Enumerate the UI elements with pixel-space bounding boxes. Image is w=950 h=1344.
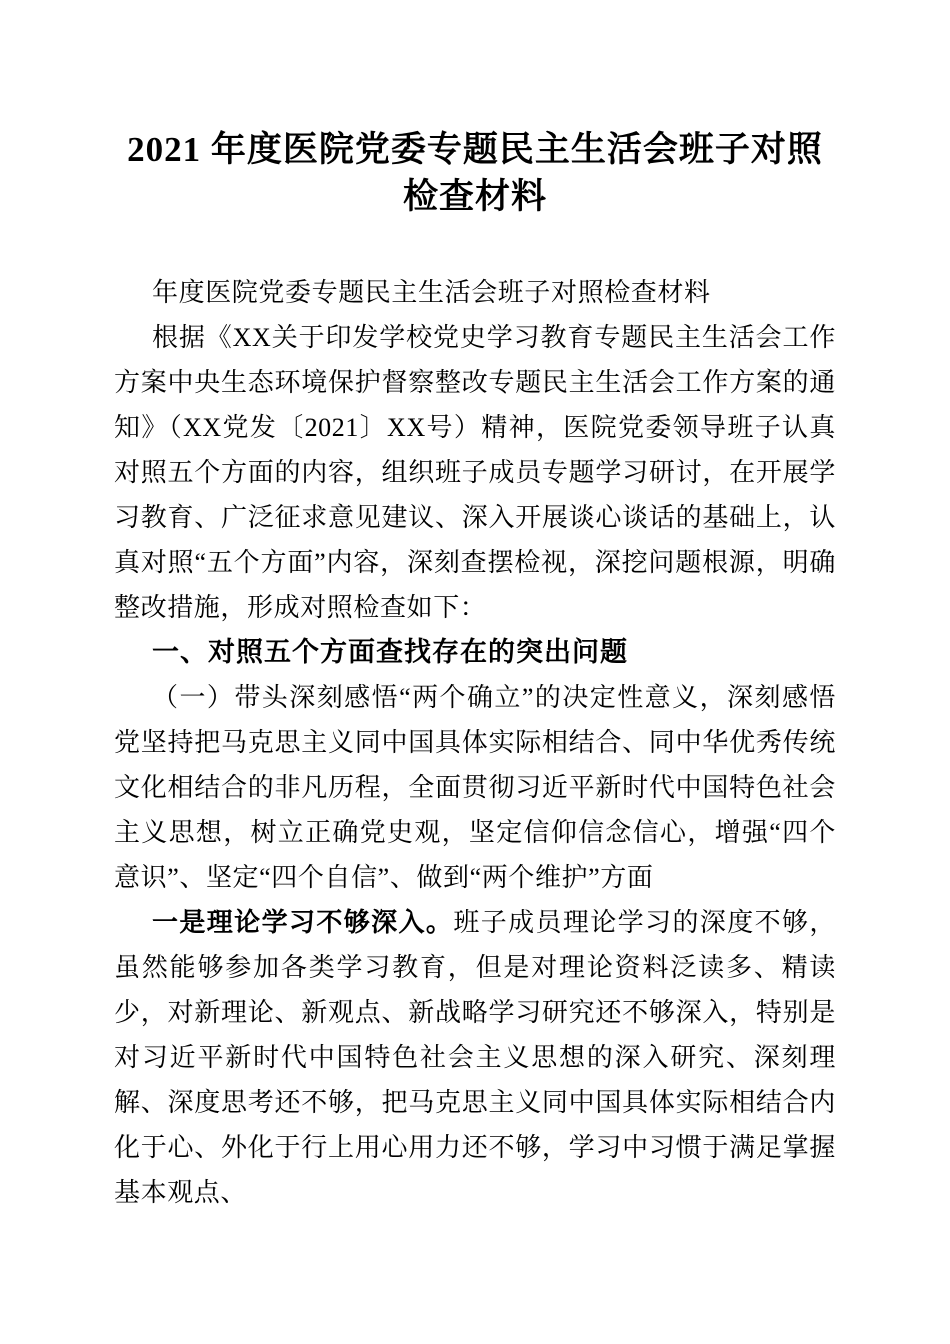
- point-one-body: 班子成员理论学习的深度不够，虽然能够参加各类学习教育，但是对理论资料泛读多、精读…: [114, 908, 836, 1207]
- document-page: 2021 年度医院党委专题民主生活会班子对照 检查材料 年度医院党委专题民主生活…: [114, 0, 836, 1215]
- section-one-heading: 一、对照五个方面查找存在的突出问题: [114, 630, 836, 675]
- subtitle-paragraph: 年度医院党委专题民主生活会班子对照检查材料: [114, 270, 836, 315]
- subsection-one-paragraph: （一）带头深刻感悟“两个确立”的决定性意义，深刻感悟党坚持把马克思主义同中国具体…: [114, 675, 836, 900]
- point-one-paragraph: 一是理论学习不够深入。班子成员理论学习的深度不够，虽然能够参加各类学习教育，但是…: [114, 900, 836, 1215]
- document-title: 2021 年度医院党委专题民主生活会班子对照 检查材料: [114, 126, 836, 220]
- title-line-2: 检查材料: [403, 177, 547, 216]
- point-one-lead: 一是理论学习不够深入。: [152, 908, 453, 937]
- title-line-1: 2021 年度医院党委专题民主生活会班子对照: [127, 130, 823, 169]
- intro-paragraph: 根据《XX关于印发学校党史学习教育专题民主生活会工作方案中央生态环境保护督察整改…: [114, 315, 836, 630]
